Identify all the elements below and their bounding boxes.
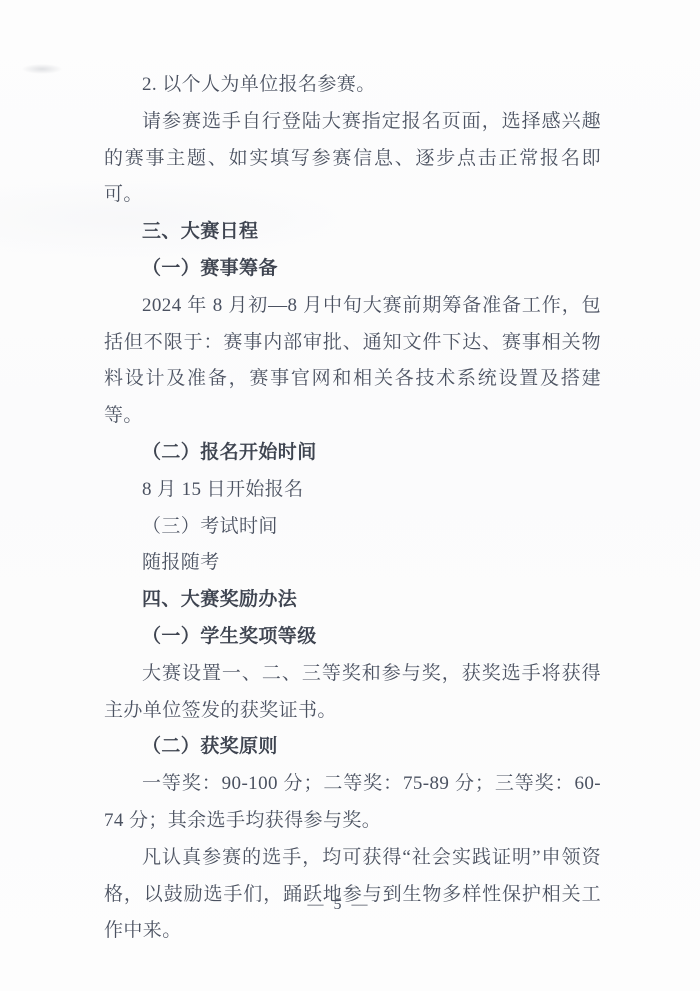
preparation-details-paragraph: 2024 年 8 月初—8 月中旬大赛前期筹备准备工作，包括但不限于：赛事内部审… (104, 288, 601, 435)
social-practice-paragraph: 凡认真参赛的选手，均可获得“社会实践证明”申领资格，以鼓励选手们，踊跃地参与到生… (104, 840, 601, 950)
subsection-award-levels-heading: （一）学生奖项等级 (104, 619, 601, 656)
registration-instructions-paragraph: 请参赛选手自行登陆大赛指定报名页面，选择感兴趣的赛事主题、如实填写参赛信息、逐步… (104, 104, 601, 214)
document-body: 2. 以个人为单位报名参赛。 请参赛选手自行登陆大赛指定报名页面，选择感兴趣的赛… (104, 67, 601, 950)
award-levels-paragraph: 大赛设置一、二、三等奖和参与奖，获奖选手将获得主办单位签发的获奖证书。 (104, 656, 601, 730)
subsection-event-preparation-heading: （一）赛事筹备 (104, 251, 601, 288)
subsection-award-rules-heading: （二）获奖原则 (104, 729, 601, 766)
registration-start-date-text: 8 月 15 日开始报名 (104, 472, 601, 509)
scan-smudge (22, 64, 62, 74)
page-number: — 5 — (0, 896, 689, 914)
subsection-registration-start-heading: （二）报名开始时间 (104, 435, 601, 472)
score-ranges-paragraph: 一等奖：90-100 分；二等奖：75-89 分；三等奖：60-74 分；其余选… (104, 766, 601, 840)
subsection-exam-time-heading: （三）考试时间 (104, 509, 601, 546)
section-3-schedule-heading: 三、大赛日程 (104, 214, 601, 251)
numbered-item-2: 2. 以个人为单位报名参赛。 (104, 67, 601, 104)
exam-time-text: 随报随考 (104, 545, 601, 582)
document-page: 2. 以个人为单位报名参赛。 请参赛选手自行登陆大赛指定报名页面，选择感兴趣的赛… (0, 0, 700, 991)
section-4-awards-heading: 四、大赛奖励办法 (104, 582, 601, 619)
